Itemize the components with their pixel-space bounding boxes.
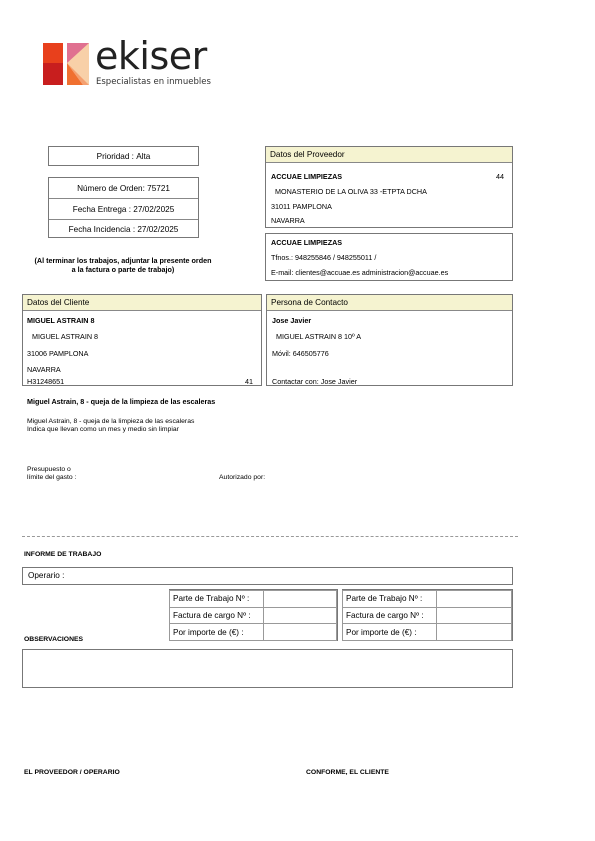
left-amount-input[interactable] [263,623,337,641]
right-amount-label: Por importe de (€) : [342,623,437,641]
left-work-part-label: Parte de Trabajo Nº : [169,590,264,608]
authorized-label: Autorizado por: [219,474,265,481]
client-box: Datos del Cliente MIGUEL ASTRAIN 8 MIGUE… [22,294,262,386]
left-amount-label: Por importe de (€) : [169,623,264,641]
right-amount-input[interactable] [436,623,512,641]
left-invoice-input[interactable] [263,607,337,625]
provider-city: 31011 PAMPLONA [271,202,332,211]
observations-field[interactable] [22,649,513,688]
delivery-date-label: Fecha Entrega : [73,205,131,214]
provider-header: Datos del Proveedor [266,147,512,163]
provider-contact-name: ACCUAE LIMPIEZAS [271,238,342,247]
operator-label: Operario : [28,571,64,580]
client-name: MIGUEL ASTRAIN 8 [27,316,95,325]
provider-box: Datos del Proveedor ACCUAE LIMPIEZAS 44 … [265,146,513,228]
client-province: NAVARRA [27,365,61,374]
client-header: Datos del Cliente [23,295,261,311]
incident-date-row: Fecha Incidencia : 27/02/2025 [49,220,198,239]
incident-description-1: Miguel Astrain, 8 - queja de la limpieza… [27,418,194,425]
left-fields-table: Parte de Trabajo Nº : Factura de cargo N… [169,589,338,641]
delivery-date-row: Fecha Entrega : 27/02/2025 [49,199,198,220]
client-address: MIGUEL ASTRAIN 8 [32,332,98,341]
right-invoice-input[interactable] [436,607,512,625]
operator-field[interactable]: Operario : [22,567,513,585]
incident-date: 27/02/2025 [137,225,178,234]
priority-value: Alta [136,152,150,161]
priority-label: Prioridad : [97,152,134,161]
provider-email: E-mail: clientes@accuae.es administracio… [271,268,448,277]
provider-code: 44 [496,172,504,181]
incident-date-label: Fecha Incidencia : [69,225,135,234]
budget-label-2: límite del gasto : [27,474,77,481]
client-signature-label: CONFORME, EL CLIENTE [306,769,389,776]
client-code: 41 [245,377,253,386]
right-fields-table: Parte de Trabajo Nº : Factura de cargo N… [342,589,513,641]
order-number-row: Número de Orden: 75721 [49,178,198,199]
right-invoice-label: Factura de cargo Nº : [342,607,437,625]
logo-tagline: Especialistas en inmuebles [96,77,211,87]
observations-label: OBSERVACIONES [24,636,83,643]
provider-province: NAVARRA [271,216,305,225]
right-work-part-label: Parte de Trabajo Nº : [342,590,437,608]
incident-description-2: Indica que llevan como un mes y medio si… [27,426,179,433]
order-details-box: Número de Orden: 75721 Fecha Entrega : 2… [48,177,199,238]
cut-line-divider [22,536,518,537]
left-work-part-input[interactable] [263,590,337,608]
client-city: 31006 PAMPLONA [27,349,88,358]
order-number: 75721 [147,184,170,193]
provider-phones: Tfnos.: 948255846 / 948255011 / [271,253,376,262]
contact-mobile: Móvil: 646505776 [272,349,329,358]
contact-name: Jose Javier [272,316,311,325]
client-tax-id: H31248651 [27,377,64,386]
attach-note: (Al terminar los trabajos, adjuntar la p… [34,257,212,274]
provider-address: MONASTERIO DE LA OLIVA 33 -ETPTA DCHA [275,187,427,196]
incident-title: Miguel Astrain, 8 - queja de la limpieza… [27,397,215,406]
provider-signature-label: EL PROVEEDOR / OPERARIO [24,769,120,776]
priority-box: Prioridad : Alta [48,146,199,166]
budget-label-1: Presupuesto o [27,466,71,473]
contact-address: MIGUEL ASTRAIN 8 10º A [276,332,361,341]
left-invoice-label: Factura de cargo Nº : [169,607,264,625]
provider-name: ACCUAE LIMPIEZAS [271,172,342,181]
provider-contact-box: ACCUAE LIMPIEZAS Tfnos.: 948255846 / 948… [265,233,513,281]
contact-box: Persona de Contacto Jose Javier MIGUEL A… [266,294,513,386]
order-number-label: Número de Orden: [77,184,145,193]
right-work-part-input[interactable] [436,590,512,608]
report-title: INFORME DE TRABAJO [24,551,101,558]
logo-mark [43,43,89,85]
delivery-date: 27/02/2025 [133,205,174,214]
contact-header: Persona de Contacto [267,295,512,311]
logo-wordmark: ekiser [95,34,207,78]
contact-with: Contactar con: Jose Javier [272,377,357,386]
